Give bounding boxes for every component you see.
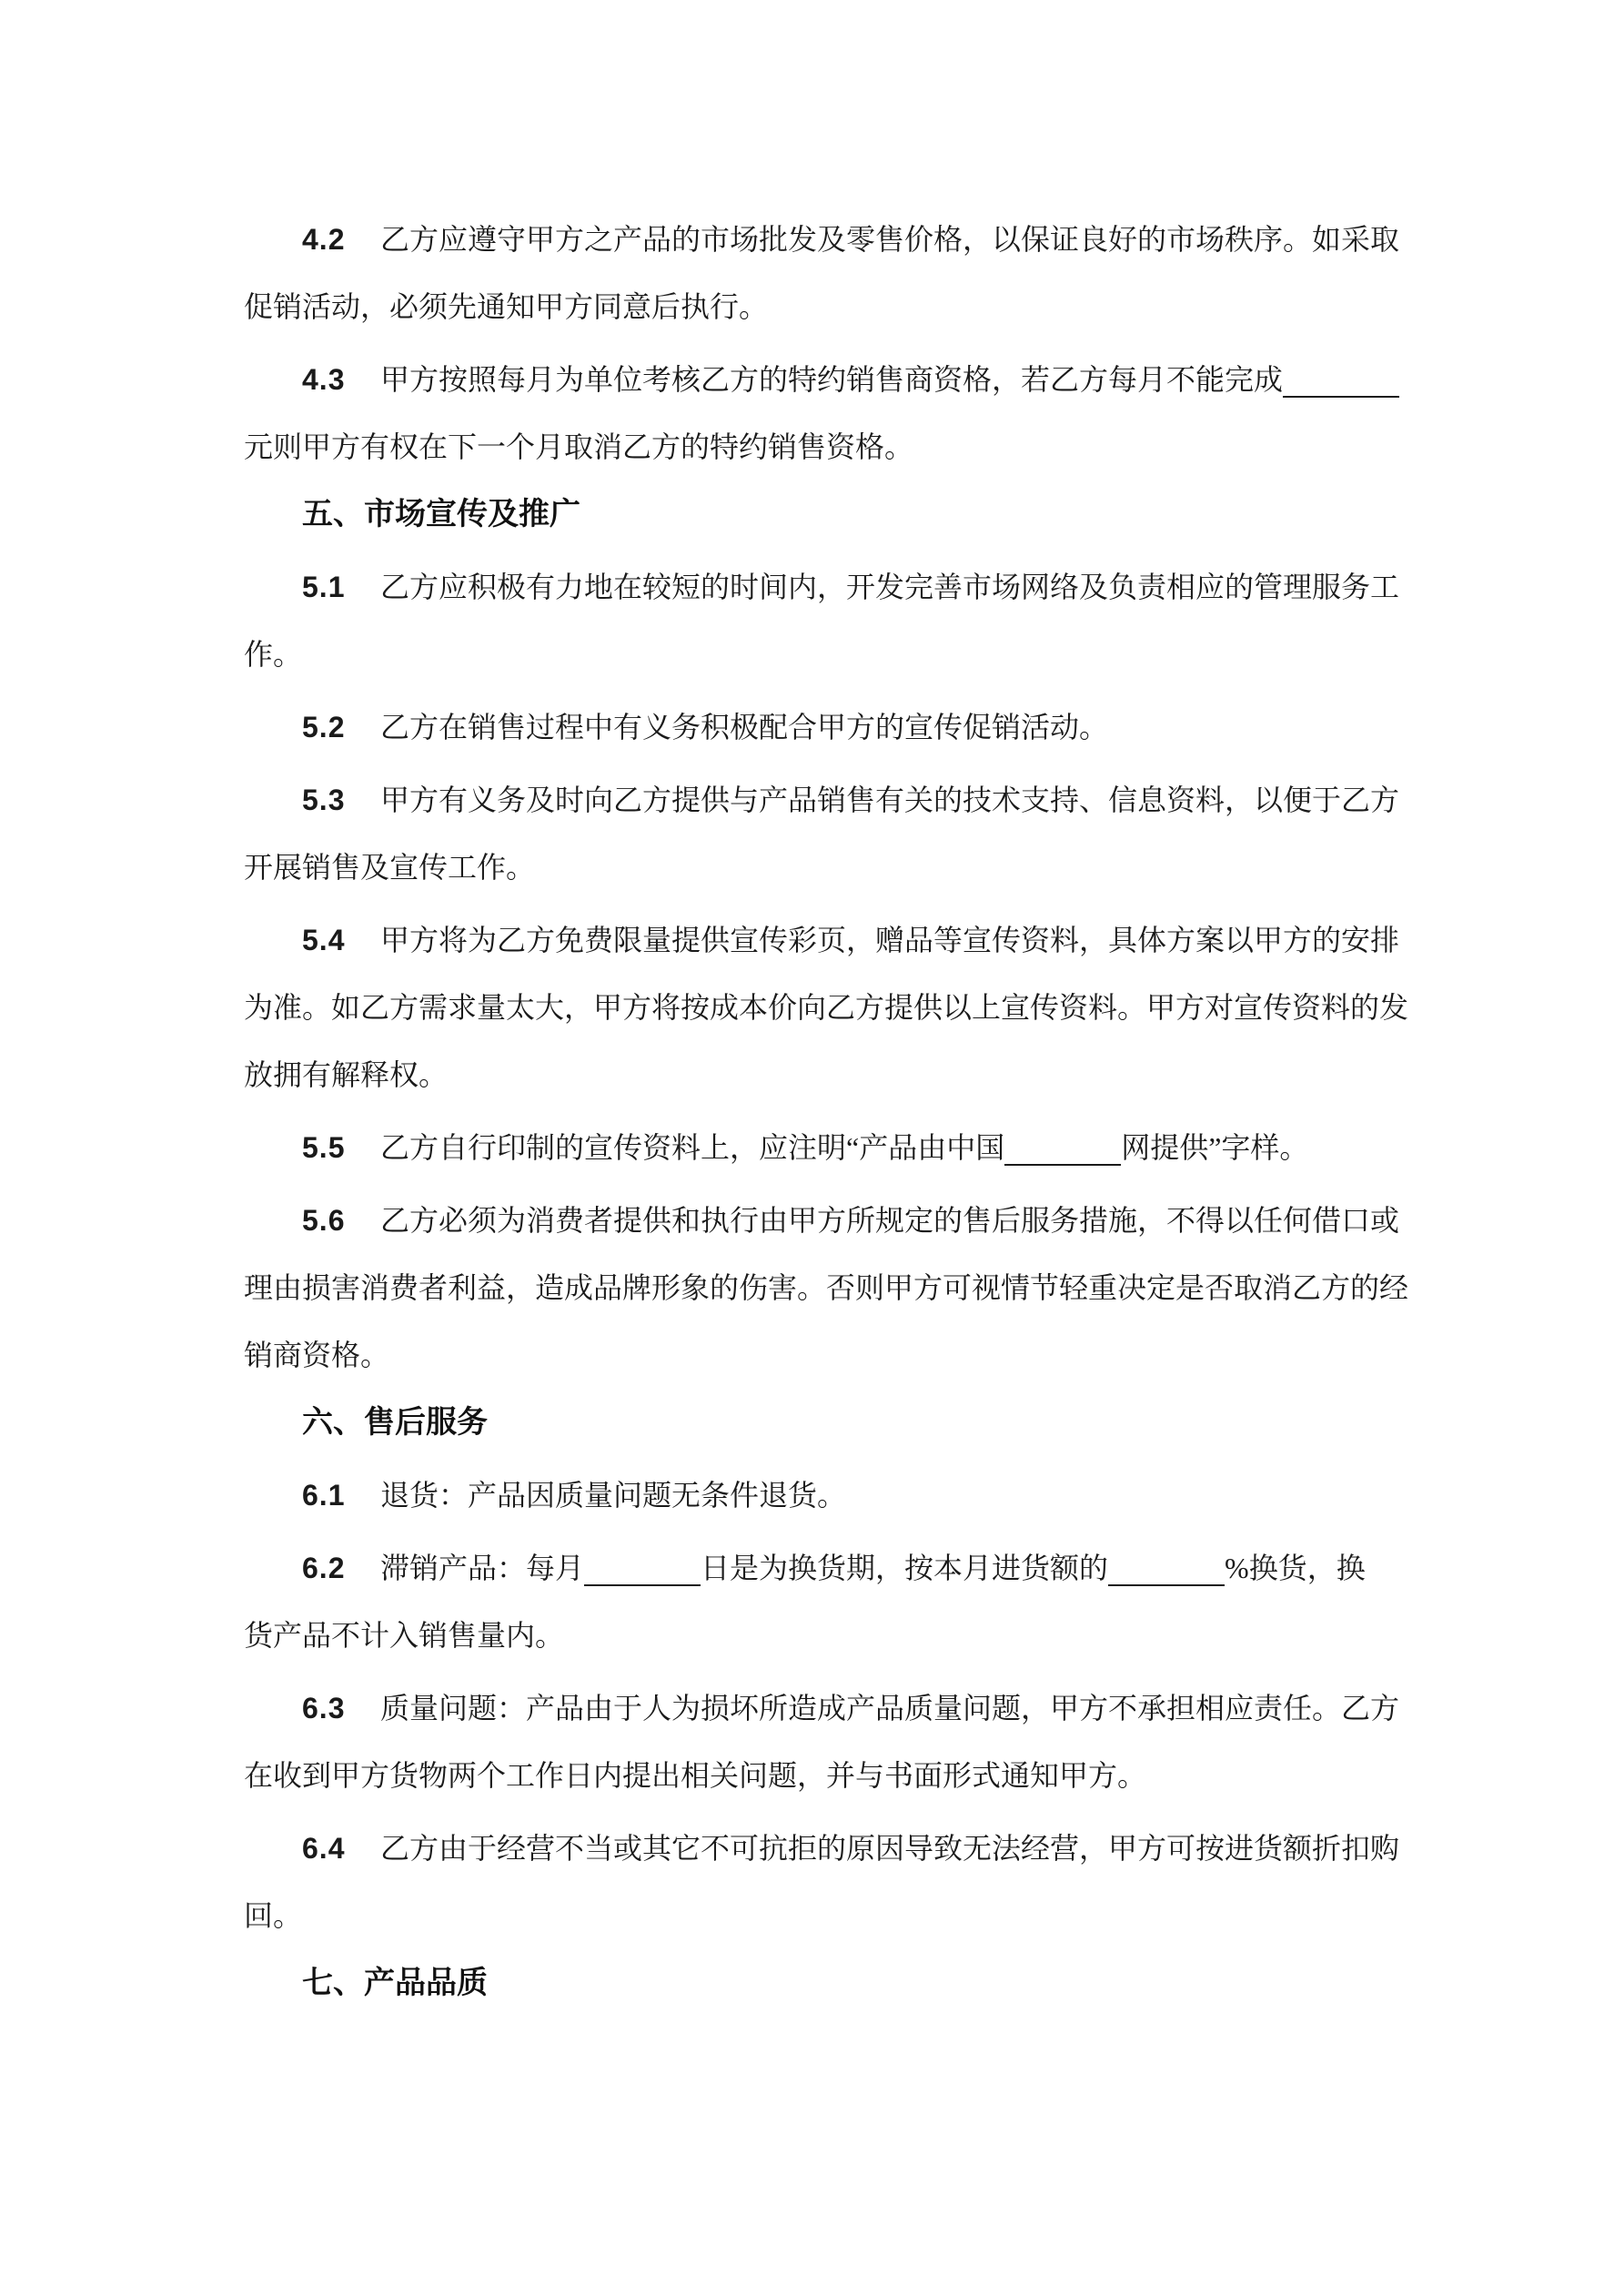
clause-text: 甲方按照每月为单位考核乙方的特约销售商资格，若乙方每月不能完成________ (380, 363, 1399, 398)
clause-line: 5.1乙方应积极有力地在较短的时间内，开发完善市场网络及负责相应的管理服务工 (244, 553, 1428, 621)
clause-5-1: 5.1乙方应积极有力地在较短的时间内，开发完善市场网络及负责相应的管理服务工 作… (244, 553, 1428, 688)
clause-number: 4.2 (302, 206, 380, 273)
clause-text: 甲方有义务及时向乙方提供与产品销售有关的技术支持、信息资料，以便于乙方 (380, 784, 1399, 816)
section-heading-5: 五、市场宣传及推广 (244, 480, 1428, 548)
clause-number: 5.4 (302, 906, 380, 974)
clause-text: 乙方自行印制的宣传资料上，应注明“产品由中国________网提供”字样。 (380, 1131, 1308, 1166)
clause-text: 开展销售及宣传工作。 (244, 834, 1428, 901)
clause-5-4: 5.4甲方将为乙方免费限量提供宣传彩页，赠品等宣传资料，具体方案以甲方的安排 为… (244, 906, 1428, 1108)
clause-6-3: 6.3质量问题：产品由于人为损坏所造成产品质量问题，甲方不承担相应责任。乙方 在… (244, 1674, 1428, 1809)
fill-in-blank: ________ (584, 1552, 701, 1586)
clause-6-4: 6.4乙方由于经营不当或其它不可抗拒的原因导致无法经营，甲方可按进货额折扣购 回… (244, 1815, 1428, 1949)
clause-text: 货产品不计入销售量内。 (244, 1602, 1428, 1669)
section-6: 六、售后服务 6.1退货：产品因质量问题无条件退货。 6.2滞销产品：每月___… (244, 1389, 1428, 1949)
clause-4-3: 4.3甲方按照每月为单位考核乙方的特约销售商资格，若乙方每月不能完成______… (244, 346, 1428, 480)
clause-line: 4.2乙方应遵守甲方之产品的市场批发及零售价格，以保证良好的市场秩序。如采取 (244, 206, 1428, 273)
clause-5-6: 5.6乙方必须为消费者提供和执行由甲方所规定的售后服务措施，不得以任何借口或 理… (244, 1187, 1428, 1389)
section-7: 七、产品品质 (244, 1949, 1428, 2017)
section-heading-7: 七、产品品质 (244, 1949, 1428, 2017)
clause-line: 5.2乙方在销售过程中有义务积极配合甲方的宣传促销活动。 (244, 693, 1428, 761)
section-4: 4.2乙方应遵守甲方之产品的市场批发及零售价格，以保证良好的市场秩序。如采取 促… (244, 206, 1428, 480)
clause-number: 4.3 (302, 346, 380, 413)
clause-line: 6.2滞销产品：每月________日是为换货期，按本月进货额的________… (244, 1534, 1428, 1602)
clause-number: 6.4 (302, 1815, 380, 1882)
clause-number: 5.2 (302, 693, 380, 761)
clause-line: 6.3质量问题：产品由于人为损坏所造成产品质量问题，甲方不承担相应责任。乙方 (244, 1674, 1428, 1742)
clause-text: 滞销产品：每月________日是为换货期，按本月进货额的________%换货… (380, 1552, 1366, 1586)
clause-number: 5.5 (302, 1114, 380, 1181)
clause-text: 作。 (244, 621, 1428, 688)
clause-text: 在收到甲方货物两个工作日内提出相关问题，并与书面形式通知甲方。 (244, 1742, 1428, 1809)
fill-in-blank: ________ (1108, 1552, 1225, 1586)
clause-text: 回。 (244, 1882, 1428, 1949)
clause-line: 6.4乙方由于经营不当或其它不可抗拒的原因导致无法经营，甲方可按进货额折扣购 (244, 1815, 1428, 1882)
clause-text: 促销活动，必须先通知甲方同意后执行。 (244, 273, 1428, 340)
clause-number: 6.2 (302, 1534, 380, 1602)
clause-text: 销商资格。 (244, 1321, 1428, 1389)
fill-in-blank: ________ (1004, 1131, 1121, 1166)
clause-text: 乙方应积极有力地在较短的时间内，开发完善市场网络及负责相应的管理服务工 (380, 571, 1399, 603)
fill-in-blank: ________ (1283, 363, 1399, 398)
clause-text: 乙方必须为消费者提供和执行由甲方所规定的售后服务措施，不得以任何借口或 (380, 1204, 1399, 1237)
clause-6-1: 6.1退货：产品因质量问题无条件退货。 (244, 1462, 1428, 1529)
clause-6-2: 6.2滞销产品：每月________日是为换货期，按本月进货额的________… (244, 1534, 1428, 1669)
section-5: 五、市场宣传及推广 5.1乙方应积极有力地在较短的时间内，开发完善市场网络及负责… (244, 480, 1428, 1389)
clause-number: 5.1 (302, 553, 380, 621)
contract-document-page: 4.2乙方应遵守甲方之产品的市场批发及零售价格，以保证良好的市场秩序。如采取 促… (0, 0, 1624, 2296)
clause-text: 乙方在销售过程中有义务积极配合甲方的宣传促销活动。 (380, 711, 1108, 743)
clause-line: 6.1退货：产品因质量问题无条件退货。 (244, 1462, 1428, 1529)
clause-text: 质量问题：产品由于人为损坏所造成产品质量问题，甲方不承担相应责任。乙方 (380, 1692, 1399, 1725)
clause-text: 甲方将为乙方免费限量提供宣传彩页，赠品等宣传资料，具体方案以甲方的安排 (380, 924, 1399, 956)
clause-line: 4.3甲方按照每月为单位考核乙方的特约销售商资格，若乙方每月不能完成______… (244, 346, 1428, 413)
clause-number: 6.3 (302, 1674, 380, 1742)
clause-line: 5.6乙方必须为消费者提供和执行由甲方所规定的售后服务措施，不得以任何借口或 (244, 1187, 1428, 1254)
clause-number: 5.6 (302, 1187, 380, 1254)
clause-line: 5.5乙方自行印制的宣传资料上，应注明“产品由中国________网提供”字样。 (244, 1114, 1428, 1181)
clause-text: 放拥有解释权。 (244, 1041, 1428, 1108)
clause-text: 乙方应遵守甲方之产品的市场批发及零售价格，以保证良好的市场秩序。如采取 (380, 223, 1399, 256)
clause-line: 5.4甲方将为乙方免费限量提供宣传彩页，赠品等宣传资料，具体方案以甲方的安排 (244, 906, 1428, 974)
clause-5-2: 5.2乙方在销售过程中有义务积极配合甲方的宣传促销活动。 (244, 693, 1428, 761)
clause-number: 6.1 (302, 1462, 380, 1529)
clause-line: 5.3甲方有义务及时向乙方提供与产品销售有关的技术支持、信息资料，以便于乙方 (244, 766, 1428, 834)
clause-text: 退货：产品因质量问题无条件退货。 (380, 1479, 846, 1512)
clause-text: 元则甲方有权在下一个月取消乙方的特约销售资格。 (244, 413, 1428, 480)
section-heading-6: 六、售后服务 (244, 1389, 1428, 1456)
clause-5-3: 5.3甲方有义务及时向乙方提供与产品销售有关的技术支持、信息资料，以便于乙方 开… (244, 766, 1428, 901)
clause-number: 5.3 (302, 766, 380, 834)
clause-text: 乙方由于经营不当或其它不可抗拒的原因导致无法经营，甲方可按进货额折扣购 (380, 1832, 1399, 1865)
clause-text: 为准。如乙方需求量太大，甲方将按成本价向乙方提供以上宣传资料。甲方对宣传资料的发 (244, 974, 1428, 1041)
clause-text: 理由损害消费者利益，造成品牌形象的伤害。否则甲方可视情节轻重决定是否取消乙方的经 (244, 1254, 1428, 1321)
clause-4-2: 4.2乙方应遵守甲方之产品的市场批发及零售价格，以保证良好的市场秩序。如采取 促… (244, 206, 1428, 340)
clause-5-5: 5.5乙方自行印制的宣传资料上，应注明“产品由中国________网提供”字样。 (244, 1114, 1428, 1181)
